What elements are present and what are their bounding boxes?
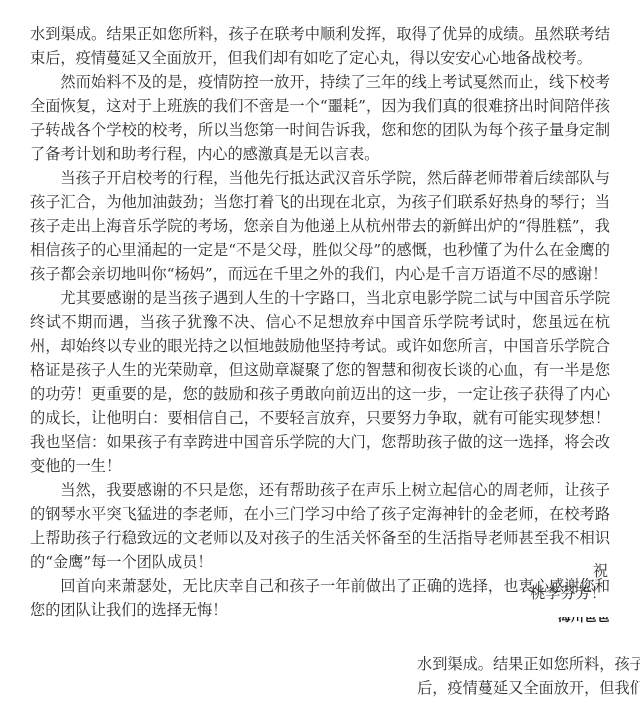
- signature-cropped: 海川爸爸: [558, 617, 610, 625]
- letter-body: 水到渠成。结果正如您所料，孩子在联考中顺利发挥，取得了优异的成绩。虽然联考结束后…: [30, 22, 610, 622]
- paragraph-6: 回首向来萧瑟处，无比庆幸自己和孩子一年前做出了正确的选择，也衷心感谢您和您的团队…: [30, 574, 610, 622]
- next-page-preview: 水到渠成。结果正如您所料，孩子在联考中顺利发挥 后，疫情蔓延又全面放开，但我们却…: [417, 652, 640, 700]
- paragraph-3: 当孩子开启校考的行程，当他先行抵达武汉音乐学院，然后薛老师带着后续部队与孩子汇合…: [30, 166, 610, 286]
- closing-blessing: 桃李芬芳！: [530, 581, 606, 605]
- paragraph-1: 水到渠成。结果正如您所料，孩子在联考中顺利发挥，取得了优异的成绩。虽然联考结束后…: [30, 22, 610, 70]
- preview-line-1: 水到渠成。结果正如您所料，孩子在联考中顺利发挥: [417, 652, 640, 676]
- signature-text: 海川爸爸: [558, 617, 610, 625]
- closing-wish: 祝: [593, 559, 608, 583]
- paragraph-2: 然而始料不及的是，疫情防控一放开，持续了三年的线上考试戛然而止，线下校考全面恢复…: [30, 70, 610, 166]
- paragraph-4: 尤其要感谢的是当孩子遇到人生的十字路口，当北京电影学院二试与中国音乐学院终试不期…: [30, 286, 610, 478]
- preview-line-2: 后，疫情蔓延又全面放开，但我们却有如吃了定心丸: [417, 676, 640, 700]
- paragraph-5: 当然，我要感谢的不只是您，还有帮助孩子在声乐上树立起信心的周老师，让孩子的钢琴水…: [30, 478, 610, 574]
